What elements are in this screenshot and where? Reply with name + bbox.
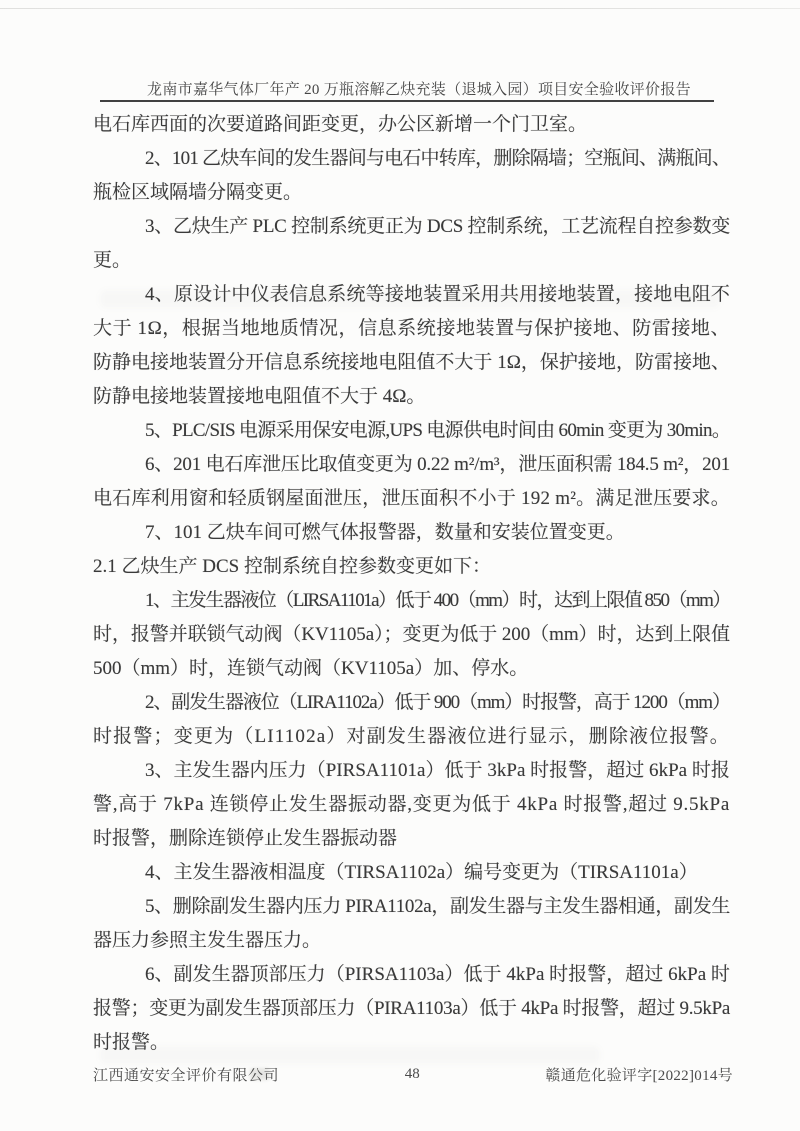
text-line: 报警；变更为副发生器顶部压力（PIRA1103a）低于 4kPa 时报警，超过 …: [93, 992, 730, 1026]
text-line: 7、101 乙炔车间可燃气体报警器，数量和安装位置变更。: [93, 516, 730, 550]
text-line: 5、删除副发生器内压力 PIRA1102a，副发生器与主发生器相通，副发生: [93, 890, 730, 924]
text-line: 5、PLC/SIS 电源采用保安电源,UPS 电源供电时间由 60min 变更为…: [93, 414, 730, 448]
text-line: 4、主发生器液相温度（TIRSA1102a）编号变更为（TIRSA1101a）: [93, 856, 730, 890]
text-line: 时报警；变更为（LI1102a）对副发生器液位进行显示，删除液位报警。: [93, 720, 730, 754]
header-rule: [100, 100, 714, 102]
text-line: 2.1 乙炔生产 DCS 控制系统自控参数变更如下：: [93, 550, 730, 584]
text-line: 更。: [93, 244, 730, 278]
text-line: 瓶检区域隔墙分隔变更。: [93, 176, 730, 210]
footer-document-number: 赣通危化验评字[2022]014号: [545, 1064, 733, 1085]
text-line: 防静电接地装置接地电阻值不大于 4Ω。: [93, 380, 730, 414]
document-body: 电石库西面的次要道路间距变更，办公区新增一个门卫室。2、101 乙炔车间的发生器…: [93, 108, 730, 1060]
page-footer: 江西通安安全评价有限公司 48 赣通危化验评字[2022]014号: [93, 1063, 733, 1085]
text-line: 电石库利用窗和轻质钢屋面泄压，泄压面积不小于 192 m²。满足泄压要求。: [93, 482, 730, 516]
text-line: 时报警，删除连锁停止发生器振动器: [93, 822, 730, 856]
text-line: 2、副发生器液位（LIRA1102a）低于 900（mm）时报警，高于 1200…: [93, 686, 730, 720]
text-line: 3、主发生器内压力（PIRSA1101a）低于 3kPa 时报警，超过 6kPa…: [93, 754, 730, 788]
text-line: 1、主发生器液位（LIRSA1101a）低于 400（mm）时，达到上限值 85…: [93, 584, 730, 618]
text-line: 6、201 电石库泄压比取值变更为 0.22 m²/m³，泄压面积需 184.5…: [93, 448, 730, 482]
text-line: 电石库西面的次要道路间距变更，办公区新增一个门卫室。: [93, 108, 730, 142]
page-header-title: 龙南市嘉华气体厂年产 20 万瓶溶解乙炔充装（退城入园）项目安全验收评价报告: [100, 78, 714, 100]
text-line: 防静电接地装置分开信息系统接地电阻值不大于 1Ω，保护接地，防雷接地、: [93, 346, 730, 380]
text-line: 时，报警并联锁气动阀（KV1105a）；变更为低于 200（mm）时，达到上限值: [93, 618, 730, 652]
scan-edge-artifact: [0, 8, 800, 9]
text-line: 警,高于 7kPa 连锁停止发生器振动器,变更为低于 4kPa 时报警,超过 9…: [93, 788, 730, 822]
footer-company-name: 江西通安安全评价有限公司: [93, 1064, 279, 1085]
text-line: 6、副发生器顶部压力（PIRSA1103a）低于 4kPa 时报警，超过 6kP…: [93, 958, 730, 992]
text-line: 2、101 乙炔车间的发生器间与电石中转库，删除隔墙；空瓶间、满瓶间、: [93, 142, 730, 176]
text-line: 器压力参照主发生器压力。: [93, 924, 730, 958]
scan-bleed-artifact: [100, 1046, 600, 1064]
text-line: 500（mm）时，连锁气动阀（KV1105a）加、停水。: [93, 652, 730, 686]
text-line: 3、乙炔生产 PLC 控制系统更正为 DCS 控制系统，工艺流程自控参数变: [93, 210, 730, 244]
text-line: 大于 1Ω，根据当地地质情况，信息系统接地装置与保护接地、防雷接地、: [93, 312, 730, 346]
text-line: 4、原设计中仪表信息系统等接地装置采用共用接地装置，接地电阻不: [93, 278, 730, 312]
scanned-document-page: 龙南市嘉华气体厂年产 20 万瓶溶解乙炔充装（退城入园）项目安全验收评价报告 电…: [0, 0, 800, 1131]
footer-page-number: 48: [405, 1066, 420, 1083]
